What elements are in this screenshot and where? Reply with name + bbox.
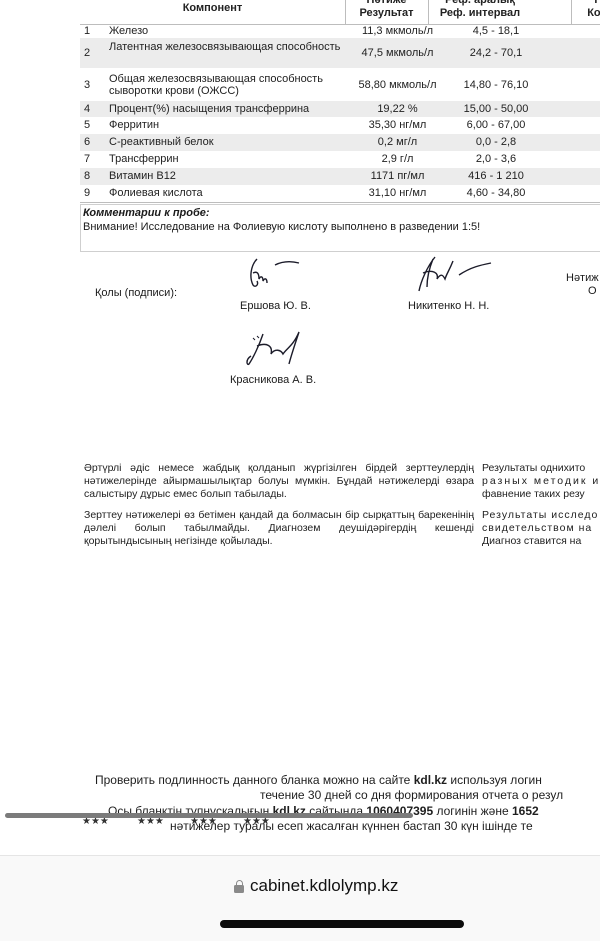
header-ref-kz: Реф. аралық xyxy=(430,0,530,7)
row-number: 8 xyxy=(84,168,96,185)
disclaimer-ru-2-line: Результаты исследо xyxy=(482,509,600,522)
header-reference: Реф. аралық Реф. интервал xyxy=(430,0,530,20)
table-row: 1Железо11,3 мкмоль/л4,5 - 18,1 xyxy=(80,24,600,38)
disclaimer-ru-1-line: разных методик и xyxy=(482,475,600,488)
reference-interval: 15,00 - 50,00 xyxy=(446,101,546,117)
signatures-label: Қолы (подписи): xyxy=(95,287,177,299)
verify-line-1: Проверить подлинность данного бланка мож… xyxy=(95,773,542,789)
result-value: 2,9 г/л xyxy=(345,151,450,168)
reference-interval: 24,2 - 70,1 xyxy=(446,38,546,68)
table-row: 9Фолиевая кислота31,10 нг/мл4,60 - 34,80 xyxy=(80,185,600,202)
browser-address-bar[interactable]: cabinet.kdlolymp.kz xyxy=(0,855,600,941)
table-row: 6С-реактивный белок0,2 мг/л0,0 - 2,8 xyxy=(80,134,600,151)
component-name: Фолиевая кислота xyxy=(109,185,349,202)
table-row: 3Общая железосвязывающая способность сыв… xyxy=(80,70,600,100)
disclaimer-kz-2: Зерттеу нәтижелері өз бетімен қандай да … xyxy=(84,509,474,548)
table-row: 8Витамин B121171 пг/мл416 - 1 210 xyxy=(80,168,600,185)
header-ref-ru: Реф. интервал xyxy=(430,7,530,20)
reference-interval: 2,0 - 3,6 xyxy=(446,151,546,168)
signature-nikitenko xyxy=(413,255,493,295)
sample-comment-box: Комментарии к пробе: Внимание! Исследова… xyxy=(80,204,600,252)
component-name: Процент(%) насыщения трансферрина xyxy=(109,101,349,117)
horizontal-scrollbar[interactable] xyxy=(5,813,413,818)
row-number: 5 xyxy=(84,117,96,134)
result-value: 47,5 мкмоль/л xyxy=(345,38,450,68)
table-row: 4Процент(%) насыщения трансферрина19,22 … xyxy=(80,101,600,117)
row-number: 1 xyxy=(84,24,96,38)
row-number: 9 xyxy=(84,185,96,202)
result-label-cut-2: О xyxy=(588,285,597,297)
verify-line-2: течение 30 дней со дня формирования отче… xyxy=(260,788,563,804)
component-name: Общая железосвязывающая способность сыво… xyxy=(109,73,349,97)
disclaimer-kz-1: Әртүрлі әдіс немесе жабдық қолданып жүрг… xyxy=(84,462,474,501)
reference-interval: 6,00 - 67,00 xyxy=(446,117,546,134)
table-header: Компонент Нәтиже Результат Реф. аралық Р… xyxy=(80,0,600,25)
header-result-kz: Нәтиже xyxy=(345,0,428,7)
result-label-cut: Нәтиж xyxy=(566,272,599,284)
reference-interval: 14,80 - 76,10 xyxy=(446,70,546,100)
reference-interval: 416 - 1 210 xyxy=(446,168,546,185)
result-value: 58,80 мкмоль/л xyxy=(345,70,450,100)
url-display[interactable]: cabinet.kdlolymp.kz xyxy=(234,876,398,896)
component-name: С-реактивный белок xyxy=(109,134,349,151)
table-row: 5Ферритин35,30 нг/мл6,00 - 67,00 xyxy=(80,117,600,134)
url-text: cabinet.kdlolymp.kz xyxy=(250,876,398,896)
component-name: Трансферрин xyxy=(109,151,349,168)
lab-report-document: Компонент Нәтиже Результат Реф. аралық Р… xyxy=(0,0,600,855)
comment-text: Внимание! Исследование на Фолиевую кисло… xyxy=(83,221,480,233)
component-name: Железо xyxy=(109,24,349,38)
table-row: 7Трансферрин2,9 г/л2,0 - 3,6 xyxy=(80,151,600,168)
signature-ershova xyxy=(245,255,305,291)
result-value: 19,22 % xyxy=(345,101,450,117)
result-value: 35,30 нг/мл xyxy=(345,117,450,134)
comment-label: Комментарии к пробе: xyxy=(83,207,210,219)
verify-line-4: нәтижелер туралы есеп жасалған күннен ба… xyxy=(170,819,533,835)
signer-name-1: Ершова Ю. В. xyxy=(240,300,311,312)
disclaimer-ru-1: Результаты однихито разных методик и фав… xyxy=(482,462,600,501)
home-indicator[interactable] xyxy=(220,920,464,928)
header-comment-kz: Түс xyxy=(572,0,600,7)
signer-name-2: Никитенко Н. Н. xyxy=(408,300,489,312)
header-component: Компонент xyxy=(80,2,345,15)
result-value: 31,10 нг/мл xyxy=(345,185,450,202)
lock-icon xyxy=(234,880,244,893)
row-number: 6 xyxy=(84,134,96,151)
header-result-ru: Результат xyxy=(345,7,428,20)
disclaimer-ru-2-line: Диагноз ставится на xyxy=(482,535,600,548)
signer-name-3: Красникова А. В. xyxy=(230,374,316,386)
row-number: 2 xyxy=(84,38,96,68)
row-number: 3 xyxy=(84,70,96,100)
row-number: 7 xyxy=(84,151,96,168)
table-row: 2Латентная железосвязывающая способность… xyxy=(80,38,600,68)
disclaimer-ru-2: Результаты исследо свидетельством на Диа… xyxy=(482,509,600,548)
result-value: 1171 пг/мл xyxy=(345,168,450,185)
header-comment: Түс Комм xyxy=(572,0,600,20)
disclaimer-ru-1-line: Результаты однихито xyxy=(482,462,600,475)
signature-krasnikova xyxy=(243,330,313,370)
row-number: 4 xyxy=(84,101,96,117)
header-result: Нәтиже Результат xyxy=(345,0,428,20)
reference-interval: 0,0 - 2,8 xyxy=(446,134,546,151)
reference-interval: 4,60 - 34,80 xyxy=(446,185,546,202)
component-name: Латентная железосвязывающая способность xyxy=(109,41,349,53)
header-comment-ru: Комм xyxy=(572,7,600,20)
result-value: 0,2 мг/л xyxy=(345,134,450,151)
result-value: 11,3 мкмоль/л xyxy=(345,24,450,38)
component-name: Витамин B12 xyxy=(109,168,349,185)
disclaimer-ru-1-line: фавнение таких резу xyxy=(482,488,600,501)
disclaimer-ru-2-line: свидетельством на xyxy=(482,522,600,535)
reference-interval: 4,5 - 18,1 xyxy=(446,24,546,38)
component-name: Ферритин xyxy=(109,117,349,134)
